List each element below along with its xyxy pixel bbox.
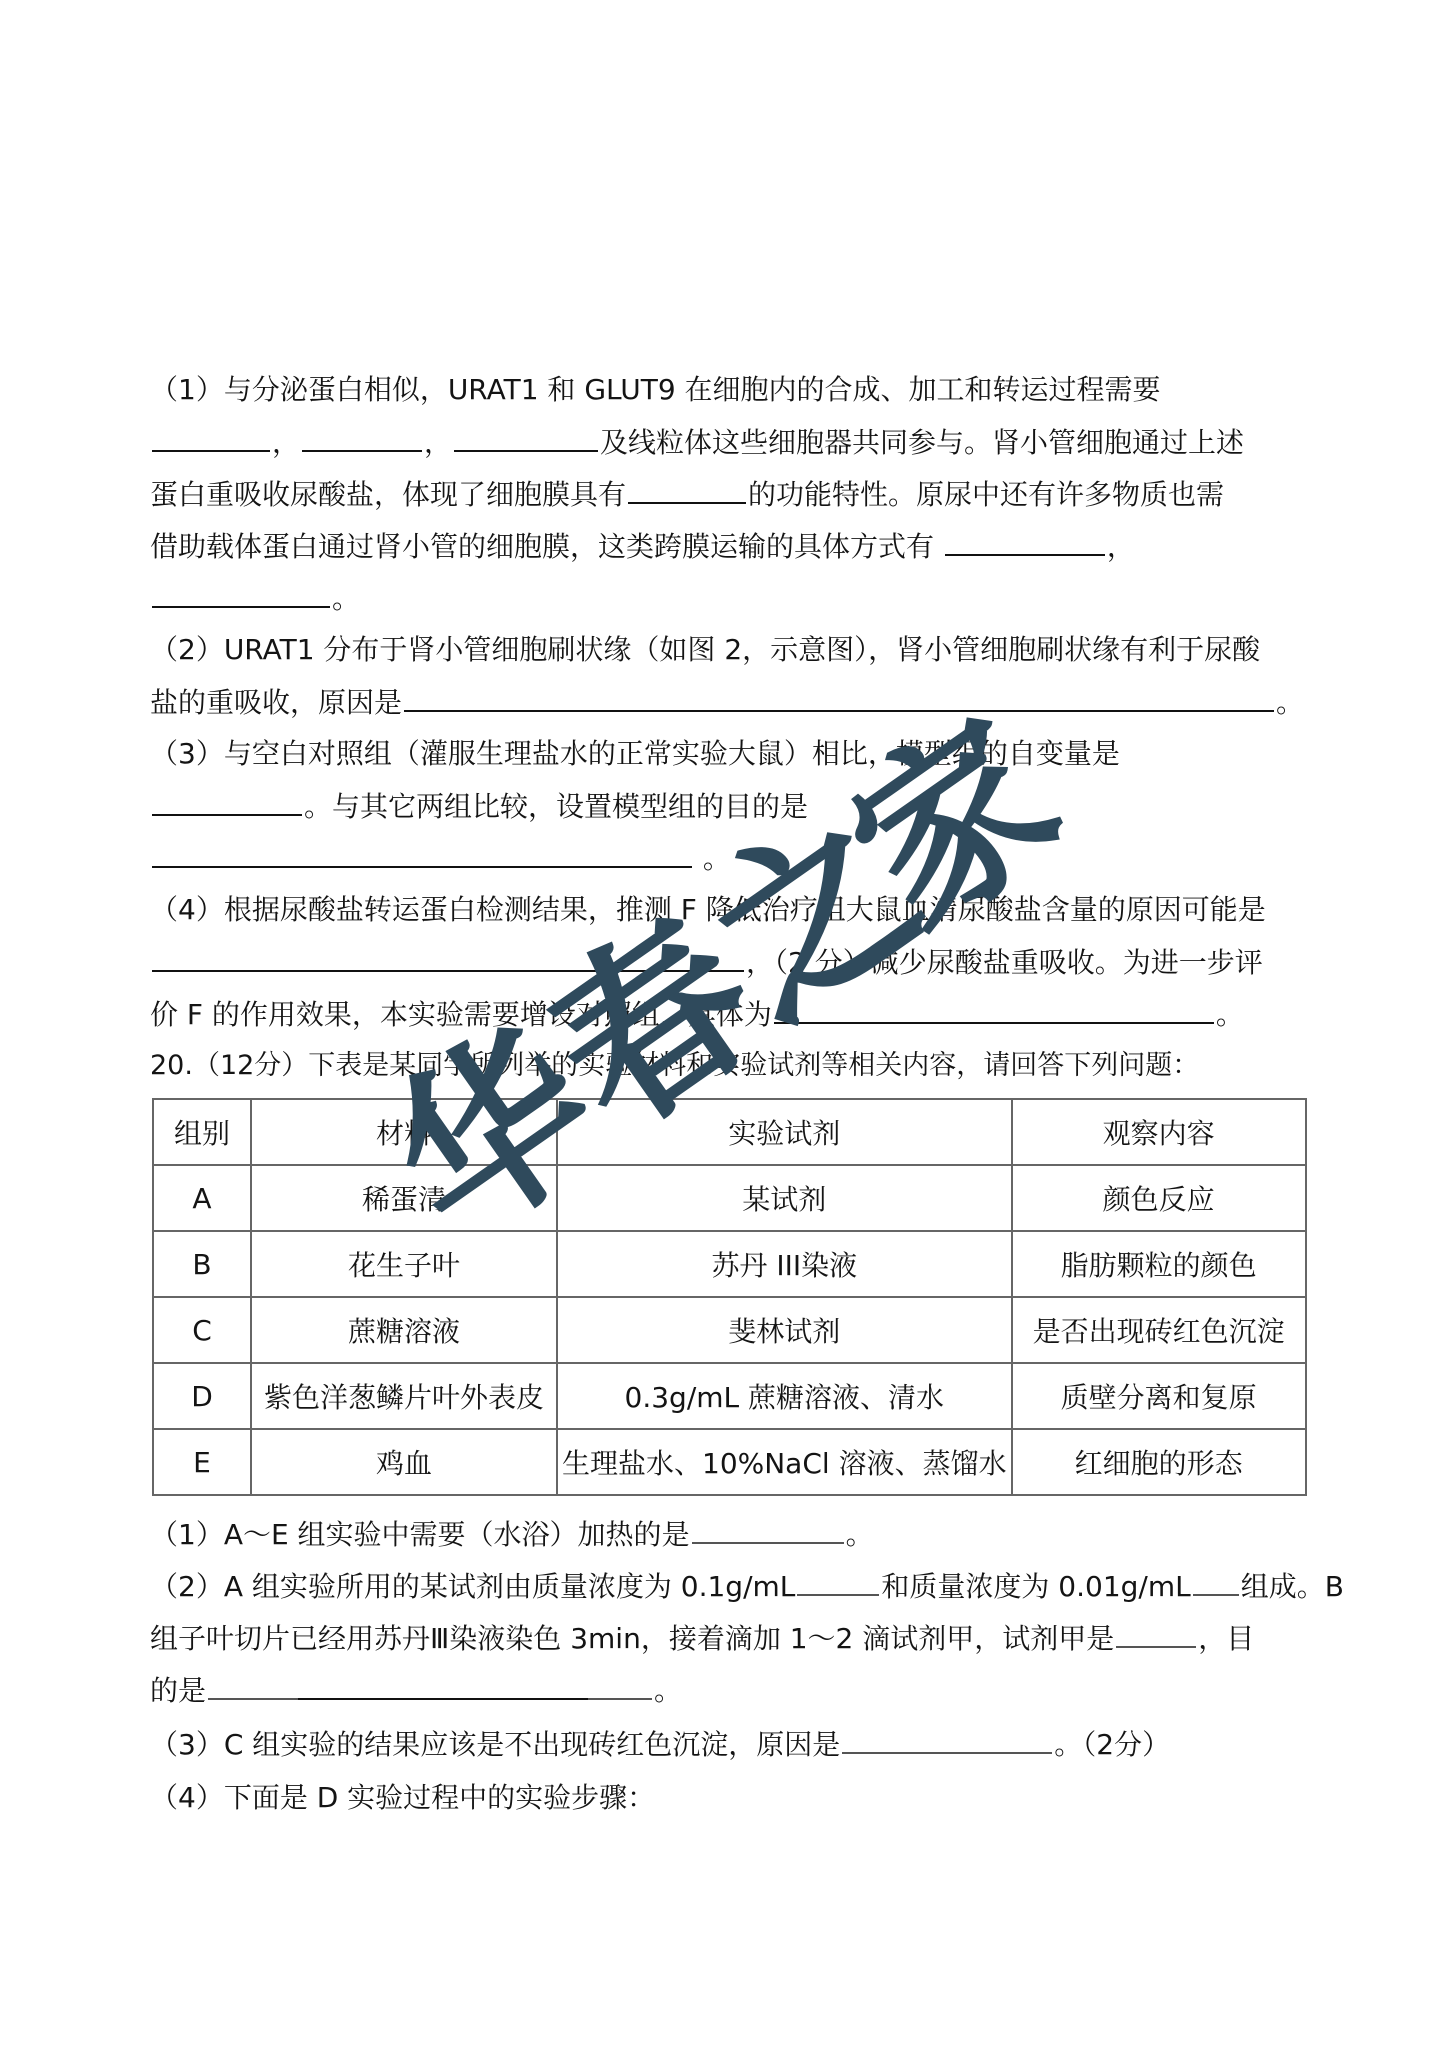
answer-blank[interactable] [152,424,270,452]
table-cell: B [153,1231,251,1297]
q20-s2-line1: （2）A 组实验所用的某试剂由质量浓度为 0.1g/mL和质量浓度为 0.01g… [150,1568,1344,1605]
table-header-cell: 观察内容 [1012,1099,1306,1165]
text: 。 [654,1674,682,1707]
exam-page: （1）与分泌蛋白相似，URAT1 和 GLUT9 在细胞内的合成、加工和转运过程… [0,0,1448,2048]
q19-p1-line4: 借助载体蛋白通过肾小管的细胞膜，这类跨膜运输的具体方式有 ， [150,528,1135,565]
table-cell: 红细胞的形态 [1012,1429,1306,1495]
answer-blank[interactable] [774,996,1214,1024]
answer-blank[interactable] [152,580,330,608]
q19-p1-line3: 蛋白重吸收尿酸盐，体现了细胞膜具有的功能特性。原尿中还有许多物质也需 [150,476,1224,513]
answer-blank[interactable] [208,1672,298,1700]
answer-blank[interactable] [797,1568,879,1596]
table-cell: 紫色洋葱鳞片叶外表皮 [251,1363,557,1429]
text: 。与其它两组比较，设置模型组的目的是 [304,790,808,823]
table-cell: 某试剂 [557,1165,1012,1231]
text: ，（2 分）减少尿酸盐重吸收。为进一步评 [746,946,1263,979]
q19-p1-line1: （1）与分泌蛋白相似，URAT1 和 GLUT9 在细胞内的合成、加工和转运过程… [150,372,1161,408]
table-header-row: 组别 材料 实验试剂 观察内容 [153,1099,1306,1165]
text: 。 [1276,686,1304,719]
table-cell: E [153,1429,251,1495]
table-cell: 生理盐水、10%NaCl 溶液、蒸馏水 [557,1429,1012,1495]
q20-s2-line2: 组子叶切片已经用苏丹Ⅲ染液染色 3min，接着滴加 1～2 滴试剂甲，试剂甲是，… [150,1620,1254,1657]
q20-intro: 20.（12分）下表是某同学所列举的实验材料和实验试剂等相关内容，请回答下列问题… [150,1048,1199,1084]
q19-p3-line1: （3）与空白对照组（灌服生理盐水的正常实验大鼠）相比，模型组的自变量是 [150,736,1120,772]
q19-p2-line1: （2）URAT1 分布于肾小管细胞刷状缘（如图 2，示意图），肾小管细胞刷状缘有… [150,632,1260,668]
text: 。 [846,1518,874,1551]
table-row: E 鸡血 生理盐水、10%NaCl 溶液、蒸馏水 红细胞的形态 [153,1429,1306,1495]
answer-blank[interactable] [152,788,302,816]
answer-blank[interactable] [588,1672,652,1700]
table-cell: D [153,1363,251,1429]
text: 及线粒体这些细胞器共同参与。肾小管细胞通过上述 [600,426,1244,459]
text: 蛋白重吸收尿酸盐，体现了细胞膜具有 [150,478,626,511]
q19-p3-line3: 。 [150,840,731,877]
text: 组成。B [1241,1570,1344,1603]
q20-s4: （4）下面是 D 实验过程中的实验步骤： [150,1780,655,1816]
q20-s3: （3）C 组实验的结果应该是不出现砖红色沉淀，原因是。（2分） [150,1726,1170,1763]
text: 组子叶切片已经用苏丹Ⅲ染液染色 3min，接着滴加 1～2 滴试剂甲，试剂甲是 [150,1622,1114,1655]
table-header-cell: 实验试剂 [557,1099,1012,1165]
table-cell: 鸡血 [251,1429,557,1495]
separator: ， [272,426,300,459]
q19-p4-line1: （4）根据尿酸盐转运蛋白检测结果，推测 F 降低治疗组大鼠血清尿酸盐含量的原因可… [150,892,1266,928]
text: 。 [1216,998,1244,1031]
table-row: D 紫色洋葱鳞片叶外表皮 0.3g/mL 蔗糖溶液、清水 质壁分离和复原 [153,1363,1306,1429]
answer-blank[interactable] [298,1672,588,1700]
q19-p1-line5: 。 [150,580,360,617]
table-row: C 蔗糖溶液 斐林试剂 是否出现砖红色沉淀 [153,1297,1306,1363]
q20-s1: （1）A～E 组实验中需要（水浴）加热的是。 [150,1516,874,1553]
table-row: A 稀蛋清 某试剂 颜色反应 [153,1165,1306,1231]
answer-blank[interactable] [404,684,1274,712]
answer-blank[interactable] [152,944,744,972]
text: ， [1107,530,1135,563]
text: 。 [332,582,360,615]
q20-s2-line3: 的是。 [150,1672,682,1709]
table-row: B 花生子叶 苏丹 III染液 脂肪颗粒的颜色 [153,1231,1306,1297]
text: 和质量浓度为 0.01g/mL [881,1570,1190,1603]
table-cell: 蔗糖溶液 [251,1297,557,1363]
table-cell: 稀蛋清 [251,1165,557,1231]
table-cell: 苏丹 III染液 [557,1231,1012,1297]
table-cell: 花生子叶 [251,1231,557,1297]
table-cell: A [153,1165,251,1231]
text: 的是 [150,1674,206,1707]
table-header-cell: 组别 [153,1099,251,1165]
experiment-table: 组别 材料 实验试剂 观察内容 A 稀蛋清 某试剂 颜色反应 B 花生子叶 苏丹… [152,1098,1307,1496]
table-cell: 0.3g/mL 蔗糖溶液、清水 [557,1363,1012,1429]
answer-blank[interactable] [454,424,598,452]
text: 借助载体蛋白通过肾小管的细胞膜，这类跨膜运输的具体方式有 [150,530,934,563]
text: （3）C 组实验的结果应该是不出现砖红色沉淀，原因是 [150,1728,840,1761]
answer-blank[interactable] [628,476,746,504]
table-cell: C [153,1297,251,1363]
answer-blank[interactable] [302,424,422,452]
table-cell: 脂肪颗粒的颜色 [1012,1231,1306,1297]
answer-blank[interactable] [692,1516,844,1544]
text: 价 F 的作用效果，本实验需要增设对照组，具体为 [150,998,772,1031]
table-cell: 质壁分离和复原 [1012,1363,1306,1429]
answer-blank[interactable] [842,1726,1052,1754]
text: 。（2分） [1054,1728,1170,1761]
table-header-cell: 材料 [251,1099,557,1165]
table-cell: 颜色反应 [1012,1165,1306,1231]
text: （1）A～E 组实验中需要（水浴）加热的是 [150,1518,690,1551]
text: 盐的重吸收，原因是 [150,686,402,719]
answer-blank[interactable] [1193,1568,1239,1596]
answer-blank[interactable] [1116,1620,1196,1648]
q19-p4-line2: ，（2 分）减少尿酸盐重吸收。为进一步评 [150,944,1263,981]
q19-p2-line2: 盐的重吸收，原因是。 [150,684,1304,721]
table-cell: 是否出现砖红色沉淀 [1012,1297,1306,1363]
q19-p4-line3: 价 F 的作用效果，本实验需要增设对照组，具体为。 [150,996,1244,1033]
text: 的功能特性。原尿中还有许多物质也需 [748,478,1224,511]
table-cell: 斐林试剂 [557,1297,1012,1363]
q19-p3-line2: 。与其它两组比较，设置模型组的目的是 [150,788,808,825]
answer-blank[interactable] [152,840,692,868]
answer-blank[interactable] [945,528,1105,556]
text: （2）A 组实验所用的某试剂由质量浓度为 0.1g/mL [150,1570,795,1603]
text: ，目 [1198,1622,1254,1655]
q19-p1-line2: ，，及线粒体这些细胞器共同参与。肾小管细胞通过上述 [150,424,1244,461]
separator: ， [424,426,452,459]
text: 。 [703,842,731,875]
